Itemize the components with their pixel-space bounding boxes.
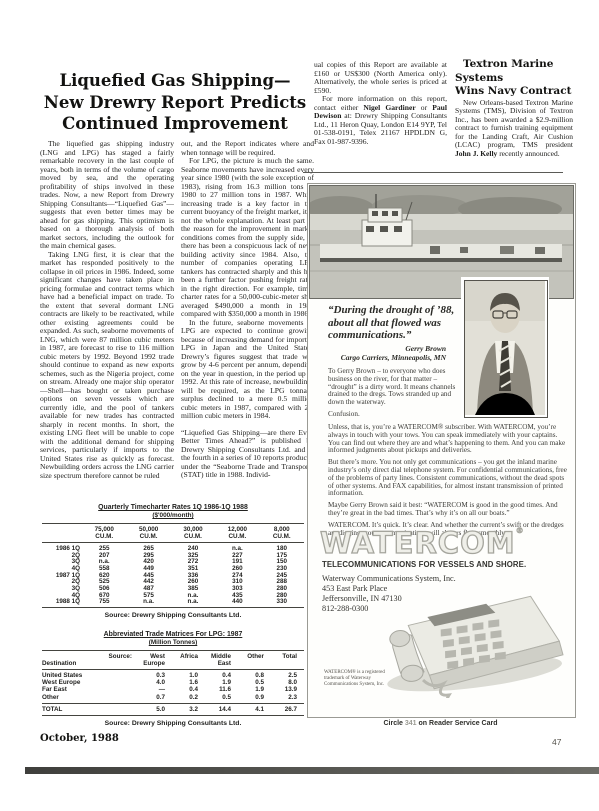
cell-value: 0.3	[132, 672, 165, 679]
cell-value: 1.0	[165, 672, 198, 679]
telephone-art	[370, 566, 570, 698]
cell-value: 8.0	[264, 679, 297, 686]
column-header: Other	[231, 653, 264, 667]
table-title: Quarterly Timecharter Rates 1Q 1986-1Q 1…	[42, 504, 304, 511]
article-column-3: ual copies of this Report are available …	[314, 61, 447, 171]
cell-value: 5.0	[132, 706, 165, 713]
cell-value: 14.4	[198, 706, 231, 713]
headline-line-2: New Drewry Report Predicts	[36, 92, 314, 114]
article-column-1: The liquefied gas shipping industry (LNG…	[40, 140, 174, 512]
cell-value: 0.7	[132, 694, 165, 701]
paragraph: New Orleans-based Textron Marine Systems…	[455, 99, 573, 159]
cell-value: 11.6	[198, 686, 231, 693]
table-row: Far East — 0.4 11.6 1.9 13.9	[42, 686, 304, 693]
quote-line: about all that flowed was	[328, 317, 470, 330]
cell-value: 0.4	[165, 686, 198, 693]
telephone-photo	[370, 566, 570, 698]
cell-value: 13.9	[264, 686, 297, 693]
column-header: 50,000CU.M.	[126, 526, 170, 540]
unit-label: CU.M.	[215, 533, 259, 540]
text-run: recently announced.	[497, 149, 559, 158]
unit-label: CU.M.	[82, 533, 126, 540]
header-line: East	[198, 660, 231, 667]
table-source: Source: Drewry Shipping Consultants Ltd.	[42, 720, 304, 727]
row-label: TOTAL	[42, 706, 98, 713]
source-header: Source:	[98, 653, 132, 667]
registered-mark: ®	[516, 526, 525, 535]
quote-line: communications.”	[328, 329, 470, 342]
paragraph: In the future, seaborne movements of LPG…	[181, 319, 314, 421]
header-spacer	[42, 526, 82, 540]
page-bottom-bar	[25, 767, 599, 774]
destination-header: Destination	[42, 653, 98, 667]
cell-value: 4.1	[231, 706, 264, 713]
cell-value: 0.9	[231, 694, 264, 701]
unit-label: CU.M.	[126, 533, 170, 540]
cell-value: 1.9	[198, 679, 231, 686]
table-title: Abbreviated Trade Matrices For LPG: 1987	[42, 631, 304, 638]
trade-matrices-table: Abbreviated Trade Matrices For LPG: 1987…	[42, 631, 304, 727]
cell-value: 1.6	[165, 679, 198, 686]
portrait-frame	[464, 280, 548, 418]
ad-paragraph: To Gerry Brown – to everyone who does bu…	[328, 368, 456, 407]
paragraph: ual copies of this Report are available …	[314, 61, 447, 95]
cell-value: 26.7	[264, 706, 297, 713]
ad-paragraph: But there’s more. You not only get commu…	[328, 459, 568, 498]
ad-paragraph: Maybe Gerry Brown said it best: “WATERCO…	[328, 502, 568, 518]
watercom-ad: “During the drought of ’88, about all th…	[307, 183, 576, 718]
reader-service-number: 341	[405, 720, 417, 727]
ad-intro-paragraphs: To Gerry Brown – to everyone who does bu…	[328, 368, 456, 423]
ad-body-paragraphs: Unless, that is, you’re a WATERCOM® subs…	[328, 424, 568, 541]
headline-line: Wins Navy Contract	[455, 85, 571, 97]
column-header: MiddleEast	[198, 653, 231, 667]
headline-line-1: Liquefied Gas Shipping—	[36, 70, 314, 92]
table-subtitle: ($'000/month)	[42, 512, 304, 519]
text-run: New Orleans-based Textron Marine Systems…	[455, 98, 573, 150]
attribution-org: Cargo Carriers, Minneapolis, MN	[328, 353, 446, 362]
table-row: Other 0.7 0.2 0.5 0.9 2.3	[42, 694, 304, 701]
column-header: Total	[264, 653, 297, 667]
table-row: West Europe 4.0 1.6 1.9 0.5 8.0	[42, 679, 304, 686]
cell-value: 330	[260, 598, 304, 605]
cell-value: n.a.	[126, 598, 170, 605]
table-total-row: TOTAL 5.0 3.2 14.4 4.1 26.7	[42, 703, 304, 716]
row-label: Other	[42, 694, 98, 701]
table-row: TOTAL 5.0 3.2 14.4 4.1 26.7	[42, 706, 304, 713]
trademark-fine-print: WATERCOM® is a registered trademark of W…	[324, 670, 385, 688]
row-label: 1988 1Q	[42, 598, 82, 605]
cell-value: 4.0	[132, 679, 165, 686]
paragraph: Taking LNG first, it is clear that the m…	[40, 251, 174, 481]
headline-line-3: Continued Improvement	[36, 113, 314, 135]
row-label: Far East	[42, 686, 98, 693]
section-divider-rule	[303, 172, 563, 173]
header-line: Other	[231, 653, 264, 660]
cell-value: 0.8	[231, 672, 264, 679]
unit-label: CU.M.	[171, 533, 215, 540]
header-line: Middle	[198, 653, 231, 660]
table-source: Source: Drewry Shipping Consultants Ltd.	[42, 612, 304, 619]
paragraph: For more information on this report, con…	[314, 95, 447, 146]
cell-value: 755	[82, 598, 126, 605]
table-body: 1986 1Q 255 265 240 n.a. 180 2Q 207 295 …	[42, 543, 304, 608]
table-row: 1988 1Q 755 n.a. n.a. 440 330	[42, 599, 304, 606]
issue-date: October, 1988	[40, 733, 119, 744]
headline-line: Textron Marine Systems	[455, 58, 554, 84]
cell-value: 3.2	[165, 706, 198, 713]
article-column-2: out, and the Report indicates where and …	[181, 140, 314, 512]
column-header: WestEurope	[132, 653, 165, 667]
cell-value: —	[132, 686, 165, 693]
ad-quote: “During the drought of ’88, about all th…	[328, 304, 470, 342]
table-body: United States 0.3 1.0 0.4 0.8 2.5 West E…	[42, 670, 304, 703]
text-run: on Reader Service Card	[419, 720, 498, 727]
cell-value: 0.5	[231, 679, 264, 686]
table-header-row: 75,000CU.M. 50,000CU.M. 30,000CU.M. 12,0…	[42, 523, 304, 543]
ad-paragraph: Unless, that is, you’re a WATERCOM® subs…	[328, 424, 568, 455]
ship-size: 50,000	[126, 526, 170, 533]
text-run: Circle	[383, 720, 402, 727]
attribution-name: Gerry Brown	[328, 344, 446, 353]
cell-value: 0.4	[198, 672, 231, 679]
paragraph: For LPG, the picture is much the same. S…	[181, 157, 314, 319]
cell-value: 2.3	[264, 694, 297, 701]
cell-value: 0.2	[165, 694, 198, 701]
textron-article: Textron Marine SystemsWins Navy Contract…	[455, 58, 573, 170]
header-line: Total	[264, 653, 297, 660]
textron-headline: Textron Marine SystemsWins Navy Contract	[455, 58, 573, 99]
column-header: 30,000CU.M.	[171, 526, 215, 540]
ship-size: 30,000	[171, 526, 215, 533]
header-line: Europe	[132, 660, 165, 667]
column-header: Africa	[165, 653, 198, 667]
logo-text: WATERCOM	[320, 526, 516, 560]
ship-size: 8,000	[260, 526, 304, 533]
timecharter-rates-table: Quarterly Timecharter Rates 1Q 1986-1Q 1…	[42, 504, 304, 619]
column-header: 12,000CU.M.	[215, 526, 259, 540]
column-header: 75,000CU.M.	[82, 526, 126, 540]
quote-attribution: Gerry Brown Cargo Carriers, Minneapolis,…	[328, 344, 446, 362]
row-label: United States	[42, 672, 98, 679]
page-number: 47	[552, 737, 561, 747]
paragraph: “Liquefied Gas Shipping—are there Even B…	[181, 429, 314, 480]
person-name: John J. Kelly	[455, 149, 497, 158]
cell-value: 440	[215, 598, 259, 605]
table-row: United States 0.3 1.0 0.4 0.8 2.5	[42, 672, 304, 679]
cell-value: n.a.	[171, 598, 215, 605]
unit-label: CU.M.	[260, 533, 304, 540]
ship-size: 75,000	[82, 526, 126, 533]
reader-service-line: Circle 341 on Reader Service Card	[307, 720, 574, 727]
article-headline: Liquefied Gas Shipping— New Drewry Repor…	[36, 70, 314, 135]
cell-value: 1.9	[231, 686, 264, 693]
header-line: West	[132, 653, 165, 660]
paragraph: out, and the Report indicates where and …	[181, 140, 314, 157]
quote-line: “During the drought of ’88,	[328, 304, 470, 317]
header-line: Africa	[165, 653, 198, 660]
watercom-logo: WATERCOM®	[320, 526, 525, 560]
portrait-art	[465, 281, 545, 415]
paragraph: The liquefied gas shipping industry (LNG…	[40, 140, 174, 251]
column-header: 8,000CU.M.	[260, 526, 304, 540]
ship-size: 12,000	[215, 526, 259, 533]
cell-value: 2.5	[264, 672, 297, 679]
fine-print-line: Communications System, Inc.	[324, 682, 385, 688]
ad-paragraph: Confusion.	[328, 411, 456, 419]
cell-value: 0.5	[198, 694, 231, 701]
portrait-photo	[461, 277, 549, 419]
table-subtitle: (Million Tonnes)	[42, 639, 304, 646]
row-label: West Europe	[42, 679, 98, 686]
table-header-row: Destination Source: WestEurope Africa Mi…	[42, 650, 304, 670]
magazine-page: Liquefied Gas Shipping— New Drewry Repor…	[0, 0, 599, 811]
